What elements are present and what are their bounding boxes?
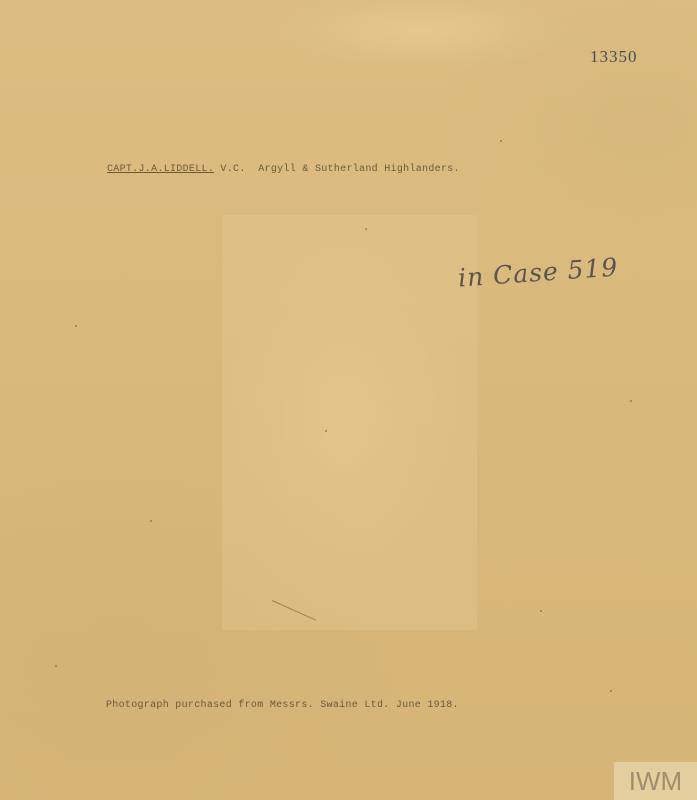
caption-subject-name: CAPT.J.A.LIDDELL. — [107, 164, 214, 175]
caption-details: V.C. Argyll & Sutherland Highlanders. — [214, 164, 460, 175]
paper-speck — [610, 690, 612, 692]
paper-speck — [55, 665, 57, 667]
paper-speck — [325, 430, 327, 432]
paper-speck — [500, 140, 502, 142]
paper-speck — [365, 228, 367, 230]
iwm-watermark: IWM — [614, 762, 697, 800]
purchase-note: Photograph purchased from Messrs. Swaine… — [106, 700, 459, 711]
paper-speck — [540, 610, 542, 612]
paper-speck — [75, 325, 77, 327]
paper-speck — [150, 520, 152, 522]
faded-photo-mount-area — [222, 215, 477, 630]
paper-speck — [630, 400, 632, 402]
reference-number: 13350 — [590, 47, 638, 67]
photo-caption: CAPT.J.A.LIDDELL. V.C. Argyll & Sutherla… — [107, 164, 460, 175]
